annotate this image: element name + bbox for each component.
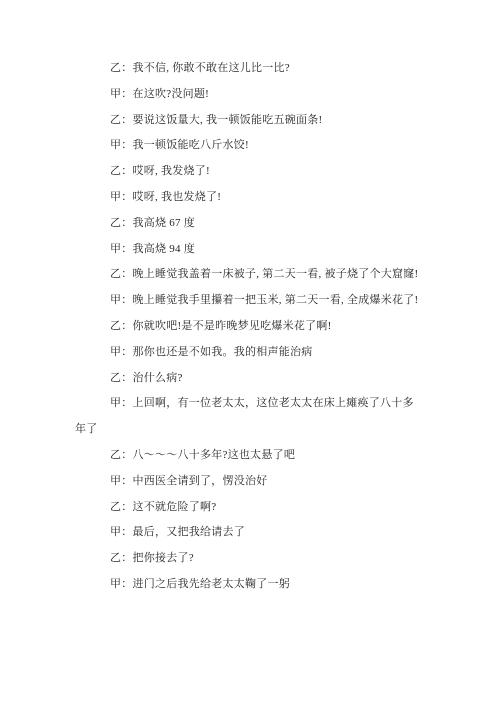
speaker-label: 甲： — [110, 346, 133, 358]
dialogue-line: 乙：治什么病? — [75, 366, 424, 392]
dialogue-text: 哎呀, 我也发烧了! — [133, 191, 222, 203]
dialogue-line: 甲：最后，又把我给请去了 — [75, 520, 424, 546]
dialogue-line: 乙：把你接去了? — [75, 546, 424, 572]
dialogue-line: 乙：你就吹吧!是不是昨晚梦见吃爆米花了啊! — [75, 314, 424, 340]
dialogue-line: 乙：要说这饭量大, 我一顿饭能吃五碗面条! — [75, 108, 424, 134]
dialogue-text: 这不就危险了啊? — [133, 501, 217, 513]
speaker-label: 甲： — [110, 526, 133, 538]
speaker-label: 甲： — [110, 243, 133, 255]
dialogue-line: 乙：我不信, 你敢不敢在这儿比一比? — [75, 56, 424, 82]
dialogue-text: 晚上睡觉我盖着一床被子, 第二天一看, 被子烧了个大窟窿! — [133, 268, 419, 280]
dialogue-text: 我一顿饭能吃八斤水饺! — [133, 139, 249, 151]
speaker-label: 乙： — [110, 552, 133, 564]
dialogue-text: 八～～～八十多年?这也太悬了吧 — [133, 449, 296, 461]
dialogue-text: 在这吹?没问题! — [133, 88, 210, 100]
dialogue-line: 乙：哎呀, 我发烧了! — [75, 159, 424, 185]
dialogue-line: 甲：我一顿饭能吃八斤水饺! — [75, 133, 424, 159]
dialogue-text: 治什么病? — [133, 372, 183, 384]
dialogue-line: 甲：上回啊，有一位老太太，这位老太太在床上瘫痪了八十多年了 — [75, 391, 424, 443]
dialogue-line: 甲：中西医全请到了，愣没治好 — [75, 469, 424, 495]
dialogue-line: 乙：我高烧 67 度 — [75, 211, 424, 237]
dialogue-text: 我不信, 你敢不敢在这儿比一比? — [133, 62, 290, 74]
speaker-label: 乙： — [110, 372, 133, 384]
dialogue-text: 要说这饭量大, 我一顿饭能吃五碗面条! — [133, 114, 323, 126]
dialogue-line: 甲：在这吹?没问题! — [75, 82, 424, 108]
speaker-label: 乙： — [110, 268, 133, 280]
dialogue-line: 乙：晚上睡觉我盖着一床被子, 第二天一看, 被子烧了个大窟窿! — [75, 262, 424, 288]
document-page: 乙：我不信, 你敢不敢在这儿比一比? 甲：在这吹?没问题! 乙：要说这饭量大, … — [0, 0, 500, 707]
dialogue-line: 乙：这不就危险了啊? — [75, 495, 424, 521]
speaker-label: 乙： — [110, 62, 133, 74]
dialogue-text: 进门之后我先给老太太鞠了一躬 — [133, 578, 291, 590]
dialogue-text: 最后，又把我给请去了 — [133, 526, 246, 538]
dialogue-text: 把你接去了? — [133, 552, 194, 564]
dialogue-line: 甲：进门之后我先给老太太鞠了一躬 — [75, 572, 424, 598]
speaker-label: 甲： — [110, 139, 133, 151]
speaker-label: 乙： — [110, 449, 133, 461]
speaker-label: 甲： — [110, 578, 133, 590]
dialogue-text: 哎呀, 我发烧了! — [133, 165, 210, 177]
speaker-label: 甲： — [110, 475, 133, 487]
dialogue-line: 甲：那你也还是不如我。我的相声能治病 — [75, 340, 424, 366]
dialogue-text: 你就吹吧!是不是昨晚梦见吃爆米花了啊! — [133, 320, 332, 332]
dialogue-text: 那你也还是不如我。我的相声能治病 — [133, 346, 313, 358]
speaker-label: 乙： — [110, 217, 133, 229]
dialogue-line: 甲：哎呀, 我也发烧了! — [75, 185, 424, 211]
speaker-label: 乙： — [110, 501, 133, 513]
speaker-label: 乙： — [110, 320, 133, 332]
dialogue-text: 晚上睡觉我手里攥着一把玉米, 第二天一看, 全成爆米花了! — [133, 294, 419, 306]
speaker-label: 甲： — [110, 88, 133, 100]
dialogue-line: 甲：我高烧 94 度 — [75, 237, 424, 263]
dialogue-text: 我高烧 94 度 — [133, 243, 196, 255]
dialogue-line: 甲：晚上睡觉我手里攥着一把玉米, 第二天一看, 全成爆米花了! — [75, 288, 424, 314]
speaker-label: 甲： — [110, 191, 133, 203]
dialogue-text: 中西医全请到了，愣没治好 — [133, 475, 268, 487]
speaker-label: 甲： — [110, 397, 133, 409]
speaker-label: 甲： — [110, 294, 133, 306]
speaker-label: 乙： — [110, 114, 133, 126]
speaker-label: 乙： — [110, 165, 133, 177]
dialogue-text: 我高烧 67 度 — [133, 217, 196, 229]
dialogue-line: 乙：八～～～八十多年?这也太悬了吧 — [75, 443, 424, 469]
